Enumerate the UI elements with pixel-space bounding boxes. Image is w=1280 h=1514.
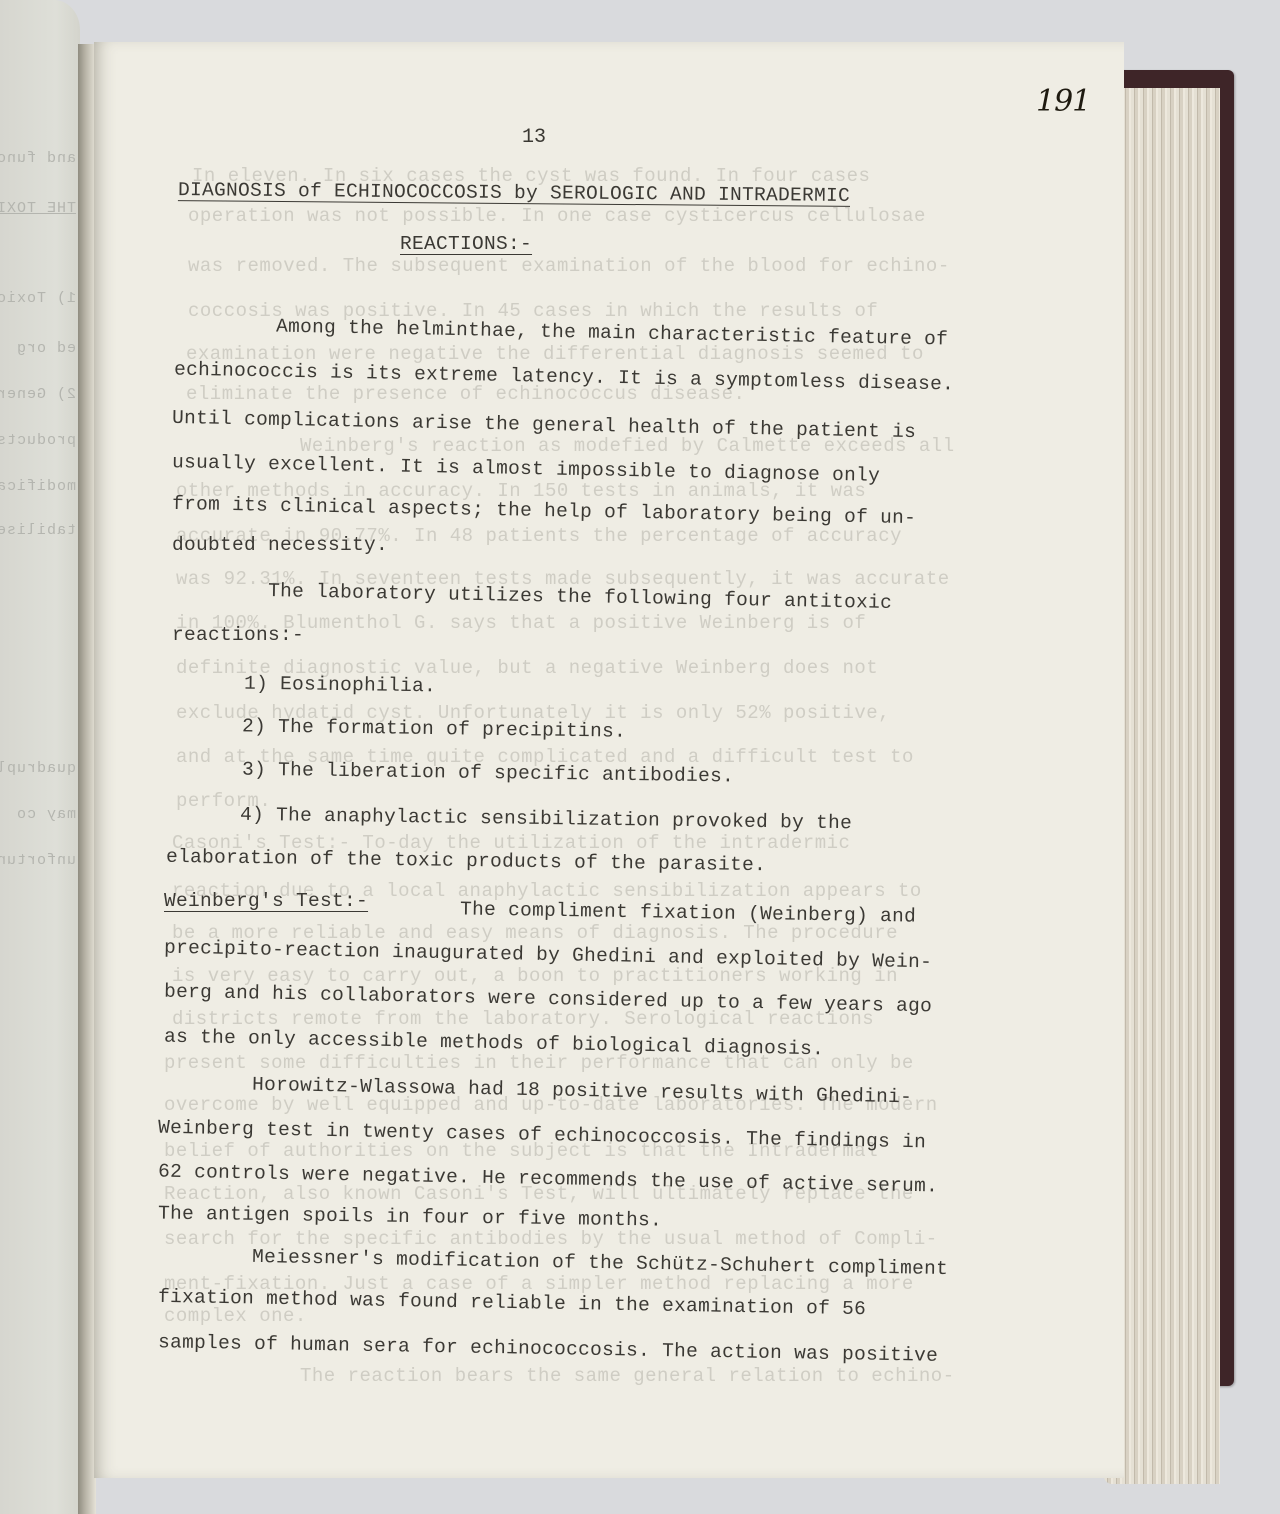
ghost-text: products: [0, 432, 76, 449]
ghost-text: and func: [0, 150, 76, 167]
ghost-text: ed org: [16, 340, 76, 357]
ghost-text: may co: [16, 806, 76, 823]
text-line: reactions:-: [172, 624, 304, 646]
bleed-line: operation was not possible. In one case …: [188, 205, 926, 227]
bleed-line: was removed. The subsequent examination …: [188, 255, 950, 277]
page-number: 13: [522, 126, 546, 149]
text-line: doubted necessity.: [172, 534, 388, 556]
list-item: 1) Eosinophilia.: [244, 673, 436, 698]
page-title-continued: REACTIONS:-: [400, 233, 532, 255]
ghost-text: unfortuna: [0, 852, 76, 869]
left-facing-page: and func THE TOXI 1) Toxic ed org 2) Gen…: [0, 0, 80, 1514]
folio-number: 191: [1036, 84, 1090, 119]
ghost-text: tabilised: [0, 522, 76, 539]
ghost-text: THE TOXI: [0, 200, 76, 217]
ghost-text: 2) Genera: [0, 386, 76, 403]
section-heading: Weinberg's Test:-: [164, 890, 368, 912]
bleed-line: The reaction bears the same general rela…: [300, 1365, 955, 1387]
ghost-text: modificat: [0, 478, 76, 495]
ghost-text: 1) Toxic: [0, 290, 76, 307]
ghost-text: quadruple: [0, 760, 76, 777]
